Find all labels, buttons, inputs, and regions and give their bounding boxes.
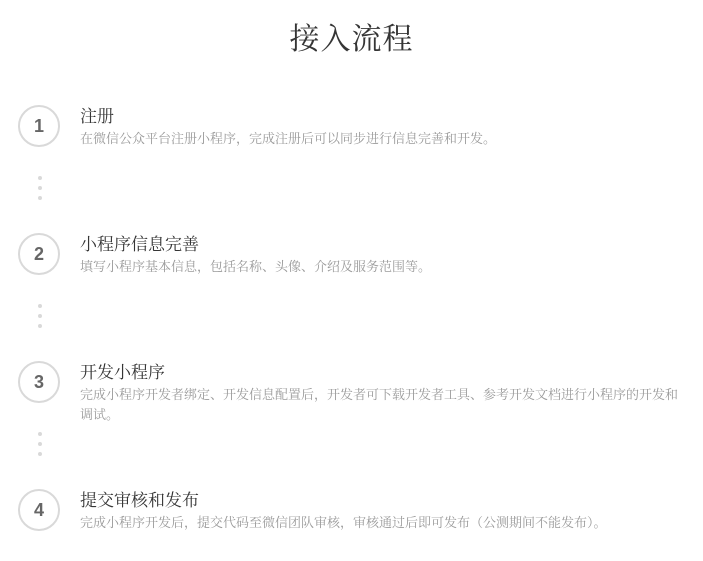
dot-icon xyxy=(38,432,42,436)
dot-icon xyxy=(38,314,42,318)
step-description: 填写小程序基本信息，包括名称、头像、介绍及服务范围等。 xyxy=(80,258,690,278)
connector-dots xyxy=(38,304,42,334)
dot-icon xyxy=(38,304,42,308)
step-description: 完成小程序开发后，提交代码至微信团队审核，审核通过后即可发布（公测期间不能发布）… xyxy=(80,514,690,534)
dot-icon xyxy=(38,196,42,200)
dot-icon xyxy=(38,176,42,180)
dot-icon xyxy=(38,452,42,456)
step-4: 4 提交审核和发布 完成小程序开发后，提交代码至微信团队审核，审核通过后即可发布… xyxy=(18,489,698,549)
step-number-badge: 2 xyxy=(18,233,60,275)
step-number-badge: 4 xyxy=(18,489,60,531)
step-title: 提交审核和发布 xyxy=(80,489,199,513)
page-title: 接入流程 xyxy=(0,20,703,60)
step-number-badge: 1 xyxy=(18,105,60,147)
step-title: 小程序信息完善 xyxy=(80,233,199,257)
dot-icon xyxy=(38,186,42,190)
step-title: 开发小程序 xyxy=(80,361,165,385)
connector-dots xyxy=(38,432,42,462)
step-3: 3 开发小程序 完成小程序开发者绑定、开发信息配置后，开发者可下载开发者工具、参… xyxy=(18,361,698,421)
dot-icon xyxy=(38,442,42,446)
connector-dots xyxy=(38,176,42,206)
step-2: 2 小程序信息完善 填写小程序基本信息，包括名称、头像、介绍及服务范围等。 xyxy=(18,233,698,293)
step-number-badge: 3 xyxy=(18,361,60,403)
step-description: 完成小程序开发者绑定、开发信息配置后，开发者可下载开发者工具、参考开发文档进行小… xyxy=(80,386,690,426)
step-title: 注册 xyxy=(80,105,114,129)
dot-icon xyxy=(38,324,42,328)
step-description: 在微信公众平台注册小程序，完成注册后可以同步进行信息完善和开发。 xyxy=(80,130,690,150)
step-1: 1 注册 在微信公众平台注册小程序，完成注册后可以同步进行信息完善和开发。 xyxy=(18,105,698,165)
